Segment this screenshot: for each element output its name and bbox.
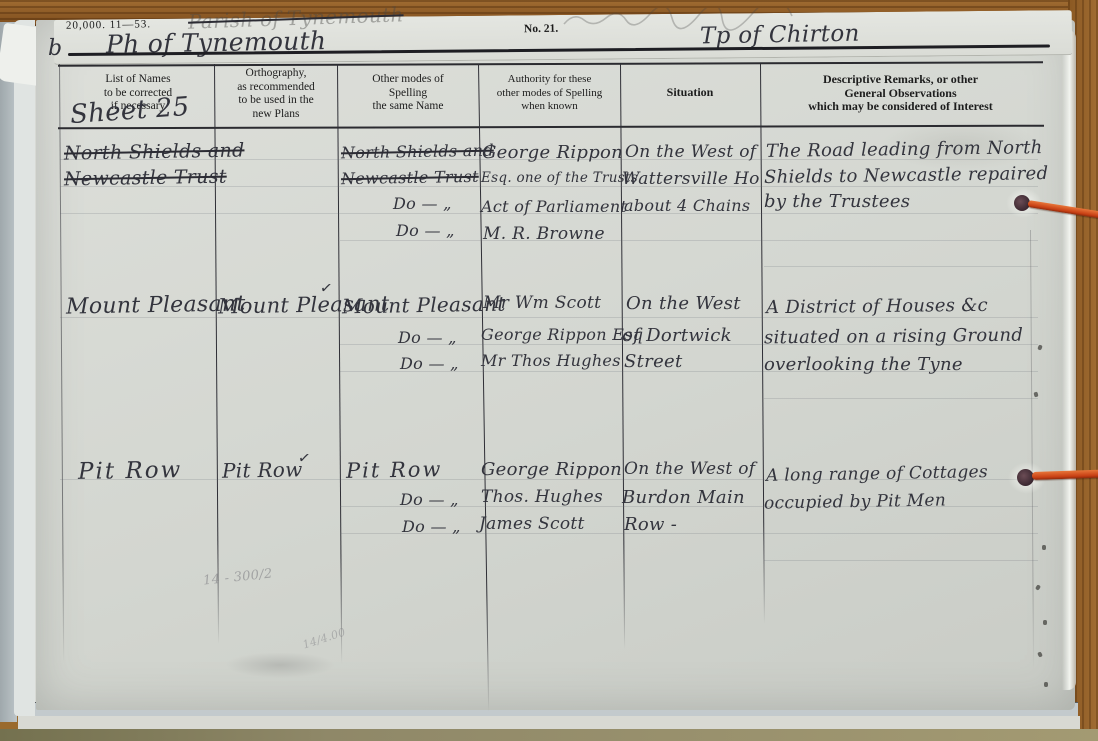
ditto-mark: Do — „ [393,194,452,213]
spelling-entry: Mount Pleasant [342,292,506,319]
authority-entry: James Scott [479,514,585,534]
paper-stain [225,652,335,678]
writing-rule [764,266,1038,267]
ditto-mark: Do — „ [400,354,459,373]
authority-entry: Esq. one of the Trusts [481,170,638,186]
spelling-entry: North Shields and [341,141,494,163]
col-header-orthography: Orthography, as recommended to be used i… [216,67,336,121]
spelling-entry: Newcastle Trust [341,167,479,188]
remarks-line: A District of Houses &c [766,295,988,318]
orthography-entry: Pit Row [222,457,303,482]
check-mark: ✓ [297,448,312,468]
names-entry: Pit Row [78,457,183,485]
remarks-line: occupied by Pit Men [764,490,946,513]
authority-entry: Mr Thos Hughes [481,351,621,370]
stitch-hole [1042,545,1046,550]
ditto-mark: Do — „ [396,221,455,240]
writing-rule [764,560,1038,561]
situation-entry: On the West of [625,142,756,162]
ditto-mark: Do — „ [402,517,461,536]
remarks-line: The Road leading from North [766,137,1043,162]
situation-entry: Street [624,351,683,372]
book-cover-edge [0,729,1098,741]
situation-entry: Wattersville Ho [622,169,760,189]
ditto-mark: Do — „ [400,490,459,509]
remarks-line: situated on a rising Ground [764,325,1023,349]
situation-entry: Row - [624,514,677,535]
authority-entry: George Rippon [482,142,623,163]
situation-entry: Burdon Main [622,487,745,508]
check-mark: ✓ [319,278,334,298]
remarks-line: overlooking the Tyne [764,354,963,375]
margin-letter: b [48,36,62,61]
authority-entry: Act of Parliament [481,197,627,216]
remarks-line: A long range of Cottages [766,462,988,486]
col-header-situation: Situation [621,86,759,100]
authority-entry: Thos. Hughes [481,487,603,507]
writing-rule [764,398,1038,399]
writing-rule [60,317,1038,318]
col-header-spelling: Other modes of Spelling the same Name [339,73,477,114]
names-entry: North Shields and [64,139,245,164]
authority-entry: M. R. Browne [483,224,605,244]
situation-entry: of Dortwick [622,325,732,346]
situation-entry: On the West [626,293,741,314]
spelling-entry: Pit Row [346,457,443,483]
stitch-hole [1044,682,1048,687]
ditto-mark: Do — „ [398,328,457,347]
names-entry: Newcastle Trust [64,166,227,191]
authority-entry: George Rippon [481,459,622,480]
page-stack-left-edge [14,20,35,716]
writing-rule [340,240,1038,241]
township-heading: Tp of Chirton [700,21,860,50]
page-right-torn-edge [1062,30,1076,690]
remarks-line: by the Trustees [764,191,910,212]
authority-entry: Mr Wm Scott [483,293,601,313]
col-header-authority: Authority for these other modes of Spell… [480,73,619,114]
situation-entry: about 4 Chains [624,196,750,215]
sheet-number-label: No. 21. [524,23,558,36]
remarks-line: Shields to Newcastle repaired [764,163,1049,188]
authority-entry: George Rippon Esq [481,325,643,344]
stitch-hole [1043,620,1047,625]
situation-entry: On the West of [624,459,755,479]
scanned-name-book-page: 20,000. 11—53. Parish of Tynemouth No. 2… [0,0,1098,741]
col-header-remarks: Descriptive Remarks, or other General Ob… [762,73,1039,114]
